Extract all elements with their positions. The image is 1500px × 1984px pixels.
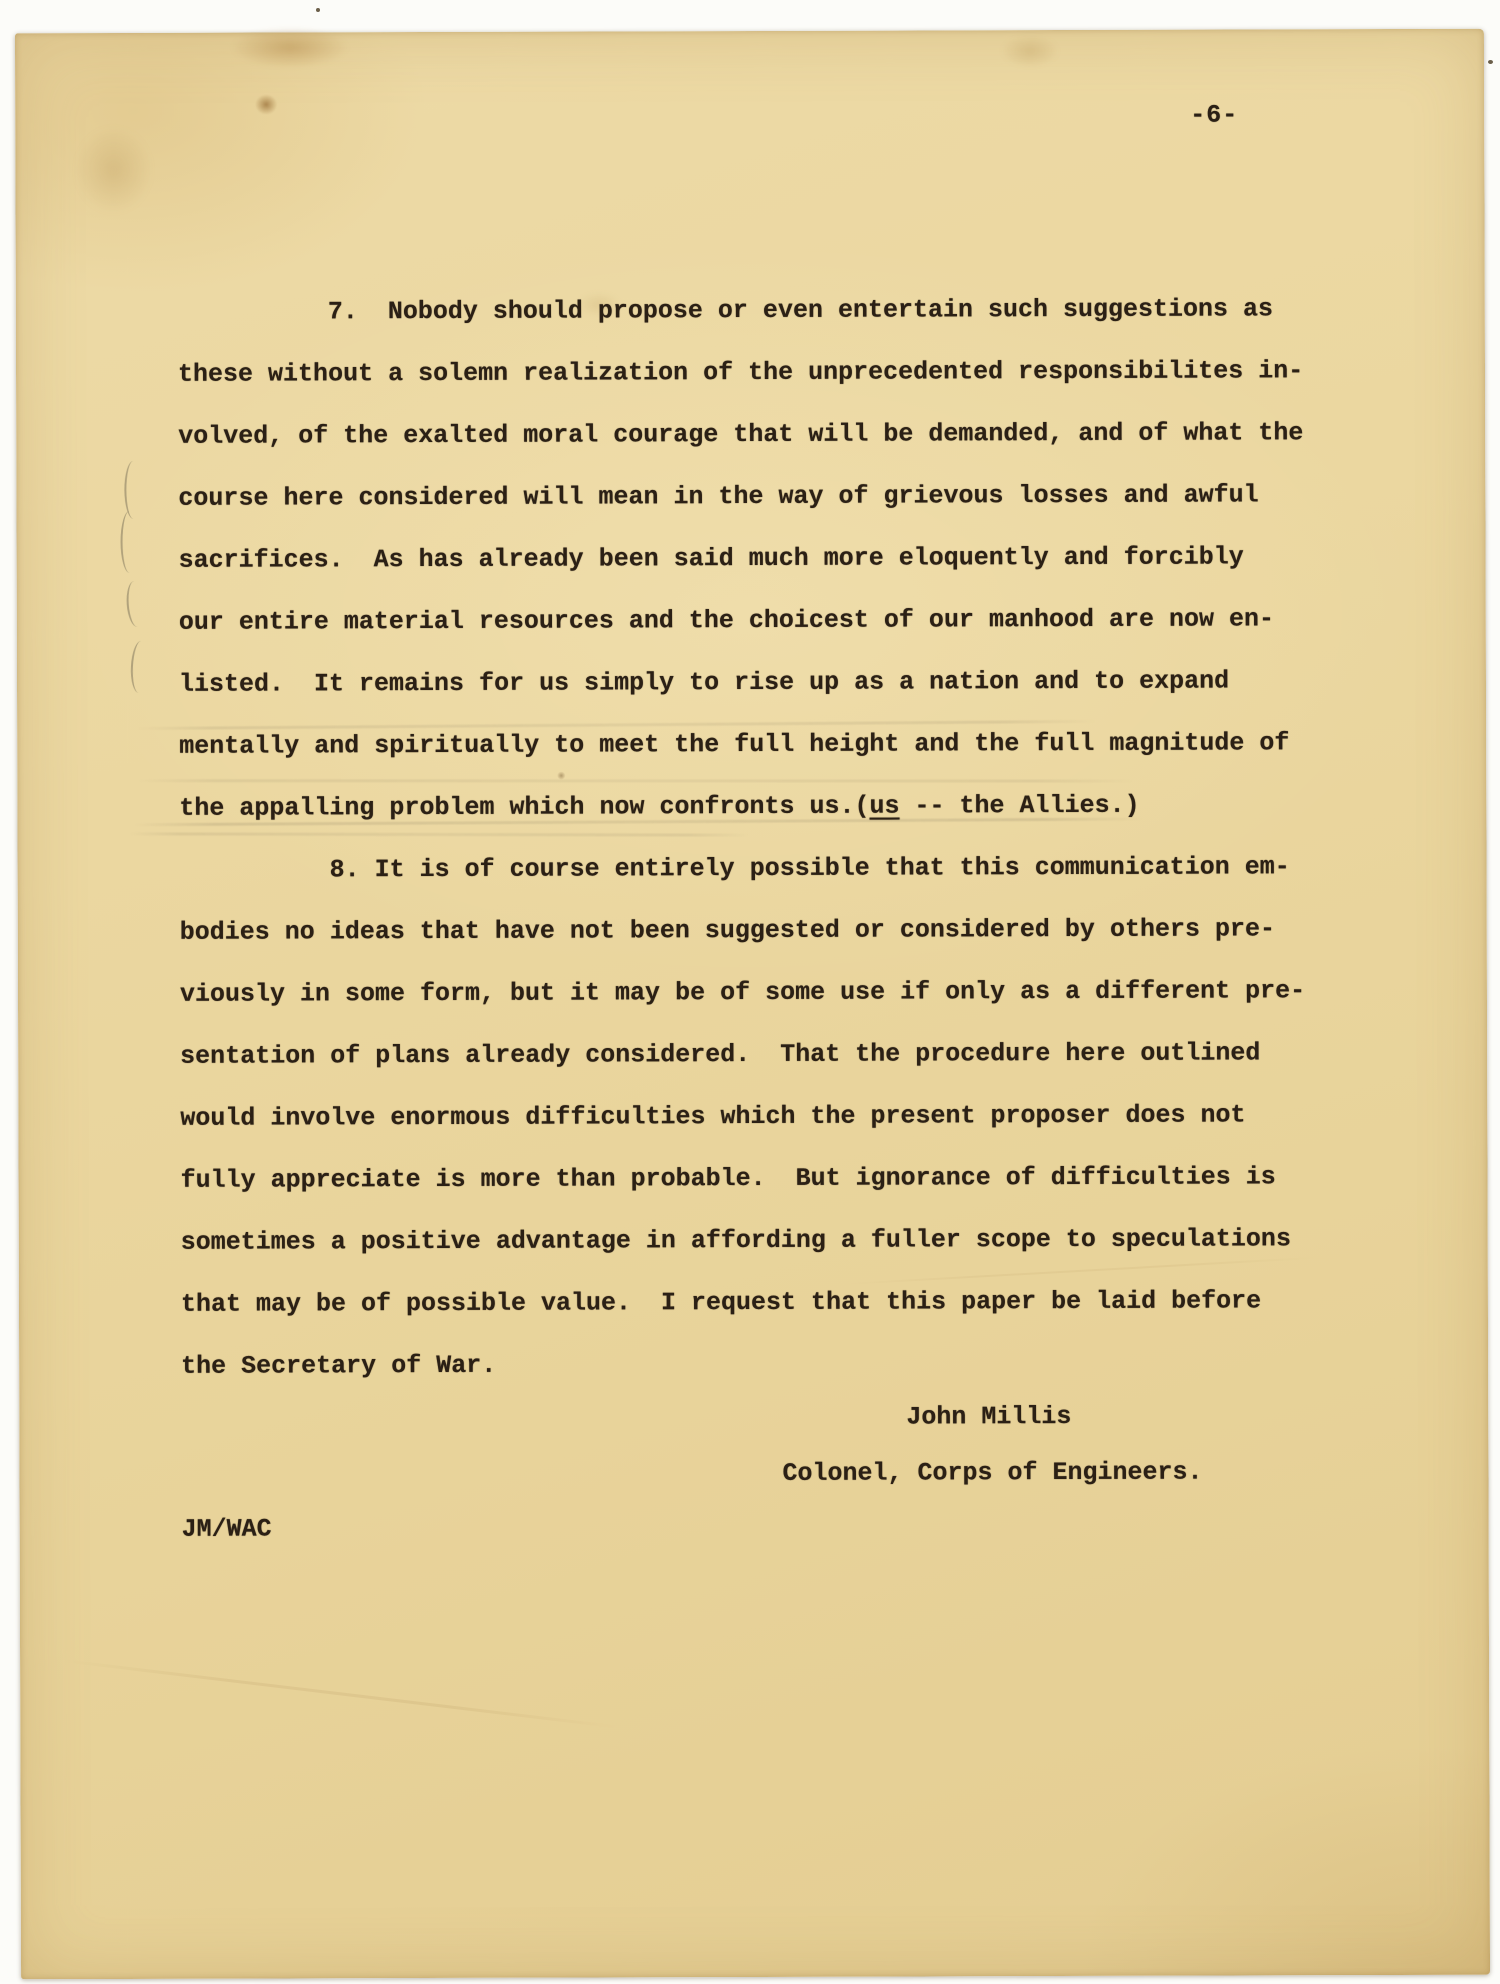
typed-line: sometimes a positive advantage in afford…	[181, 1208, 1371, 1274]
typed-line: would involve enormous difficulties whic…	[180, 1084, 1370, 1150]
paper-crease	[62, 1659, 618, 1728]
typed-line: listed. It remains for us simply to rise…	[179, 650, 1369, 716]
typist-initials: JM/WAC	[182, 1515, 272, 1544]
typed-line: course here considered will mean in the …	[178, 464, 1368, 530]
typed-line: viously in some form, but it may be of s…	[180, 960, 1370, 1026]
page-number: -6-	[1190, 100, 1238, 129]
typed-line: the appalling problem which now confront…	[179, 774, 1369, 840]
typed-line: mentally and spiritually to meet the ful…	[179, 712, 1369, 778]
scan-speck	[316, 8, 320, 12]
typed-line: 8. It is of course entirely possible tha…	[179, 836, 1369, 902]
typed-line: sacrifices. As has already been said muc…	[179, 526, 1369, 592]
pencil-margin-mark	[130, 641, 151, 694]
scanned-document: -6- 7. Nobody should propose or even ent…	[0, 0, 1500, 1984]
scan-speck	[1488, 60, 1493, 64]
typed-line: bodies no ideas that have not been sugge…	[180, 898, 1370, 964]
pencil-margin-mark	[120, 511, 138, 573]
typed-body: 7. Nobody should propose or even enterta…	[178, 278, 1372, 1398]
typed-line: these without a solemn realization of th…	[178, 340, 1368, 406]
paper-stain	[1000, 34, 1060, 68]
pencil-margin-mark	[125, 580, 146, 627]
typed-text: the appalling problem which now confront…	[179, 792, 869, 823]
underlined-word: us	[869, 792, 899, 821]
pencil-margin-mark	[124, 461, 142, 519]
paper-stain	[255, 94, 277, 114]
typed-line: sentation of plans already considered. T…	[180, 1022, 1370, 1088]
paper-stain	[230, 26, 350, 68]
typed-line: volved, of the exalted moral courage tha…	[178, 402, 1368, 468]
signature-name: John Millis	[906, 1402, 1071, 1432]
signature-title: Colonel, Corps of Engineers.	[782, 1458, 1202, 1488]
typed-line: that may be of possible value. I request…	[181, 1270, 1371, 1336]
typed-line: 7. Nobody should propose or even enterta…	[178, 278, 1368, 344]
typed-text: -- the Allies.)	[899, 791, 1139, 821]
typed-line: the Secretary of War.	[181, 1332, 1371, 1398]
paper-stain	[73, 125, 153, 215]
typed-line: fully appreciate is more than probable. …	[180, 1146, 1370, 1212]
typed-line: our entire material resources and the ch…	[179, 588, 1369, 654]
letter-page: -6- 7. Nobody should propose or even ent…	[15, 29, 1490, 1980]
